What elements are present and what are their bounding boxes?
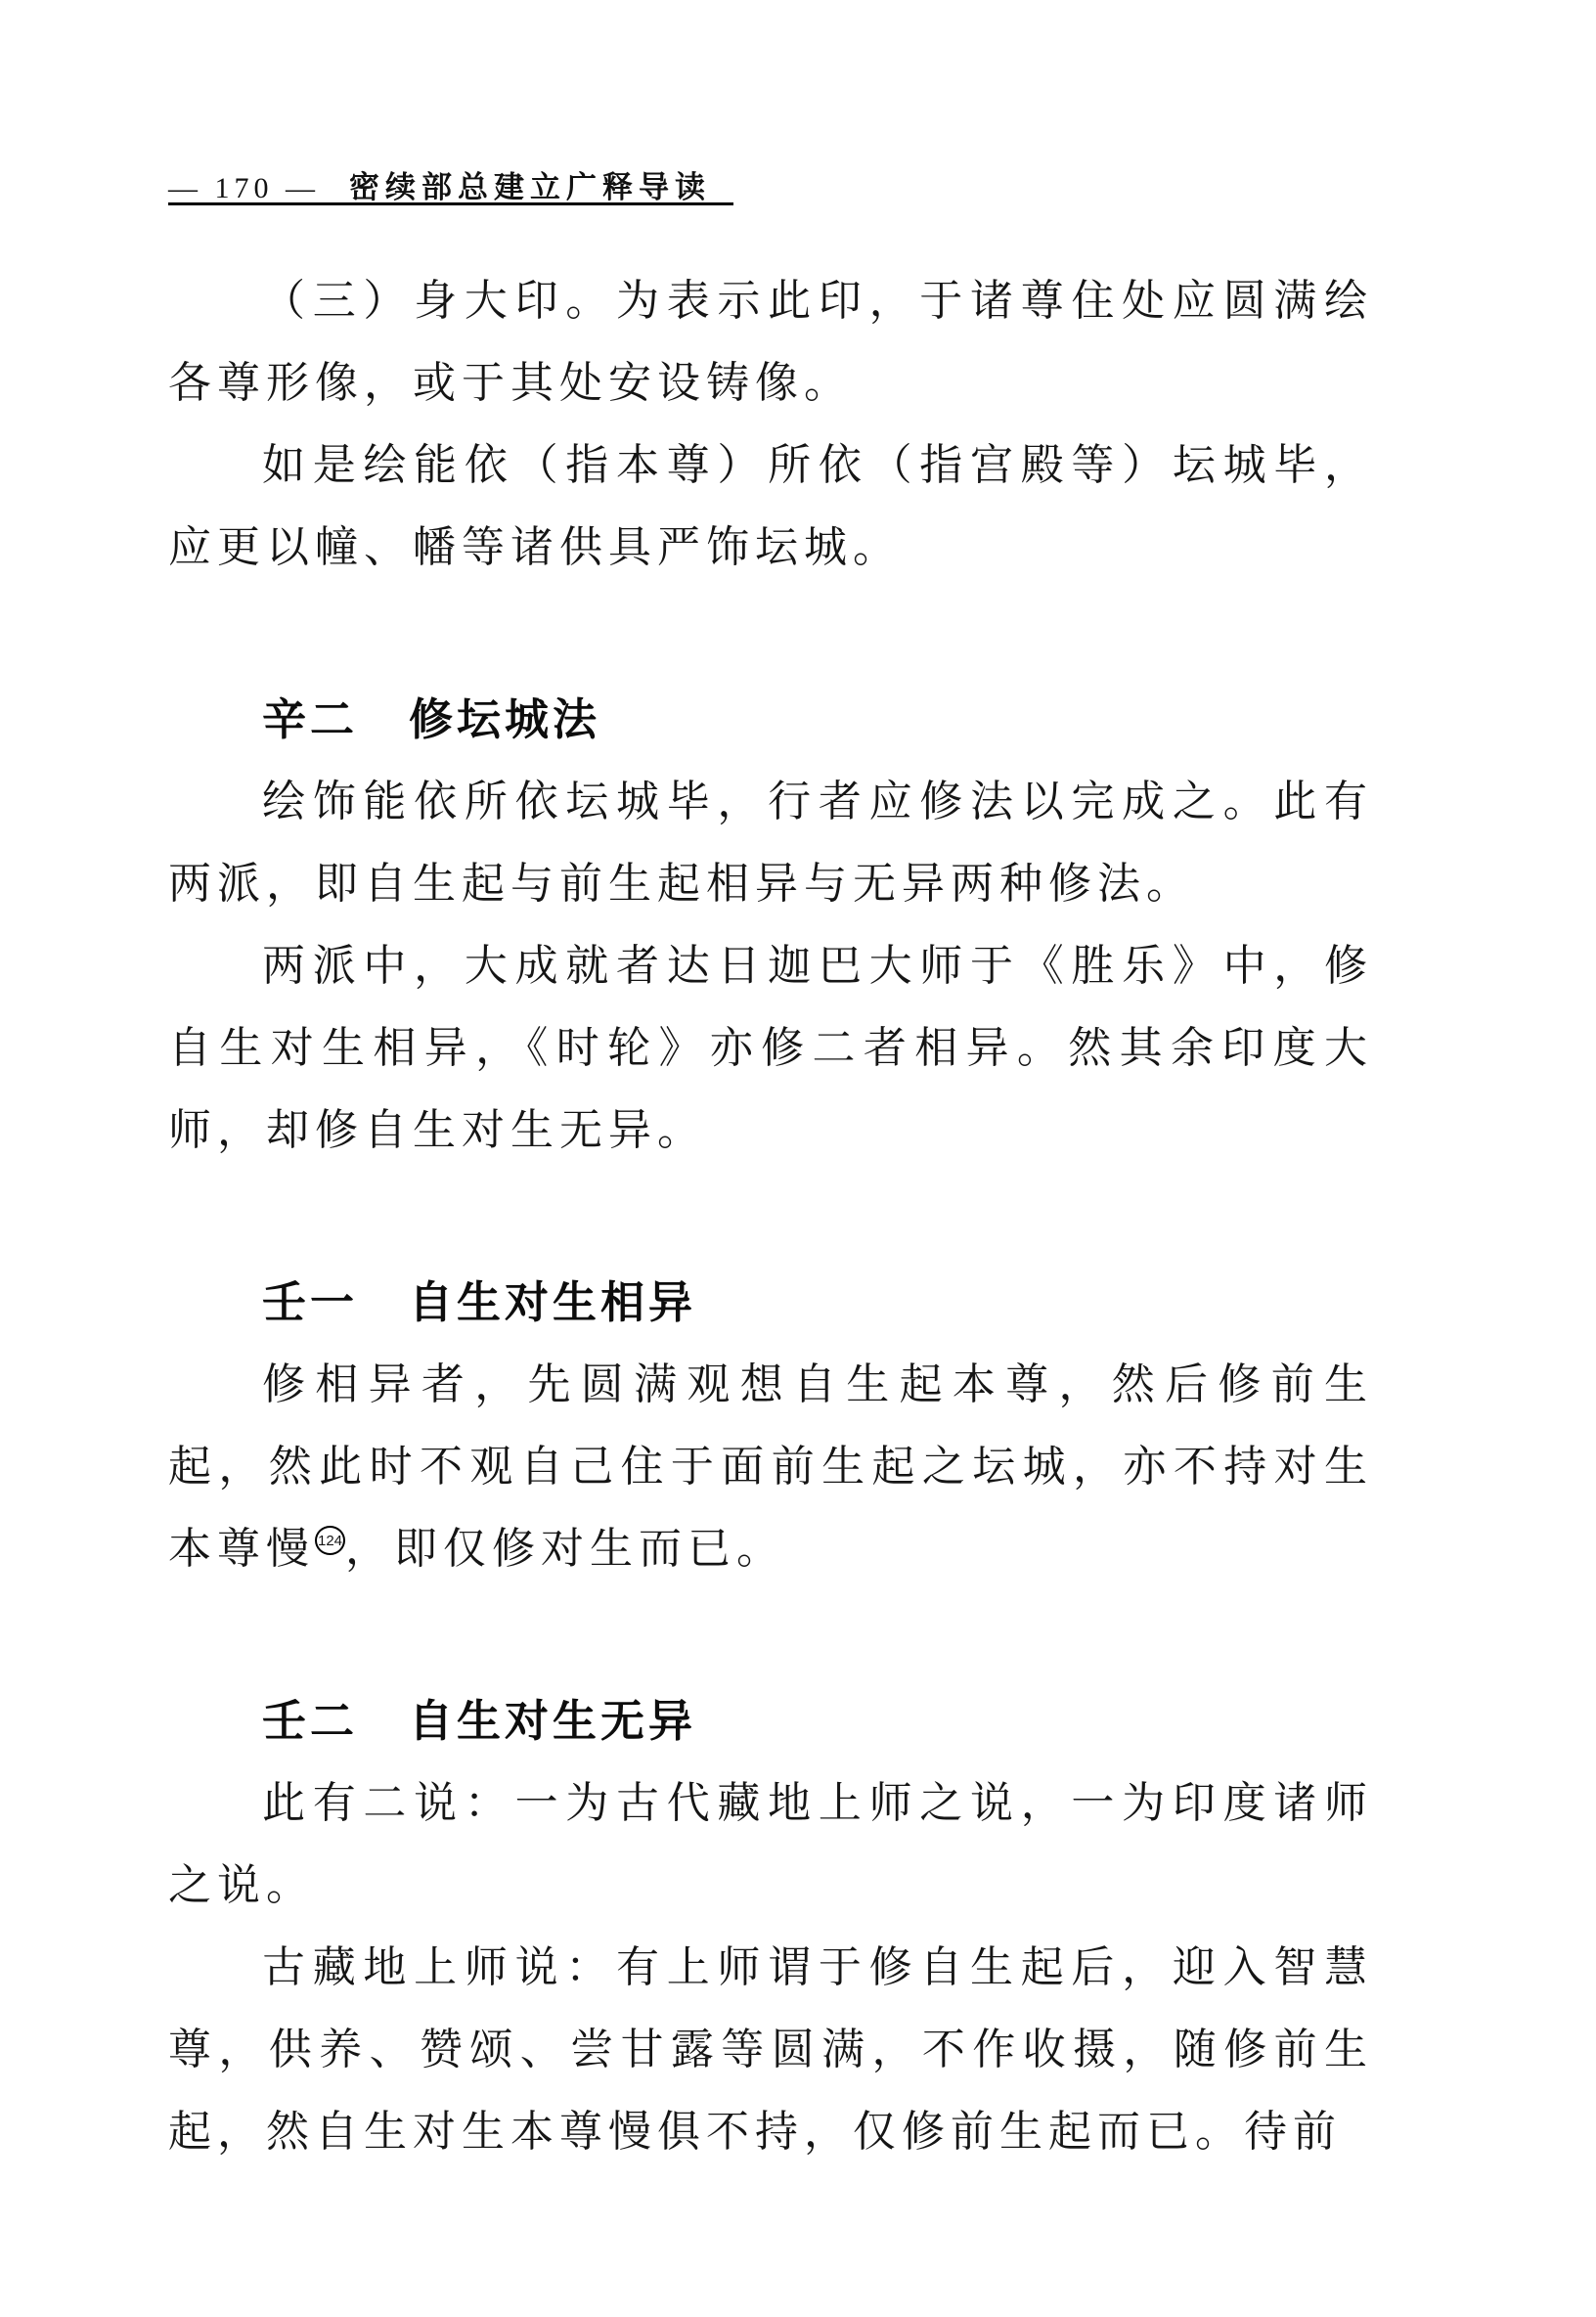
section-heading: 壬一自生对生相异	[168, 1262, 1373, 1344]
paragraph: 两派中，大成就者达日迦巴大师于《胜乐》中，修自生对生相异，《时轮》亦修二者相异。…	[168, 925, 1373, 1172]
section-heading: 壬二自生对生无异	[168, 1680, 1373, 1762]
paragraph: 如是绘能依（指本尊）所依（指宫殿等）坛城毕，应更以幢、幡等诸供具严饰坛城。	[168, 424, 1373, 589]
heading-label: 壬一	[262, 1277, 358, 1327]
paragraph-with-footnote: 修相异者，先圆满观想自生起本尊，然后修前生起，然此时不观自己住于面前生起之坛城，…	[168, 1344, 1373, 1590]
heading-label: 壬二	[262, 1696, 358, 1746]
paragraph-text: ，即仅修对生而已。	[345, 1525, 785, 1573]
running-header: — 170 — 密续部总建立广释导读	[168, 162, 711, 206]
header-rule	[168, 202, 733, 205]
paragraph: 此有二说：一为古代藏地上师之说，一为印度诸师之说。	[168, 1762, 1373, 1927]
heading-title: 自生对生无异	[409, 1696, 696, 1746]
section-heading: 辛二修坛城法	[168, 679, 1373, 761]
paragraph: （三）身大印。为表示此印，于诸尊住处应圆满绘各尊形像，或于其处安设铸像。	[168, 260, 1373, 424]
page-number: — 170 —	[168, 172, 320, 205]
paragraph: 古藏地上师说：有上师谓于修自生起后，迎入智慧尊，供养、赞颂、尝甘露等圆满，不作收…	[168, 1927, 1373, 2173]
book-title: 密续部总建立广释导读	[349, 162, 711, 206]
footnote-marker: 124	[315, 1526, 345, 1555]
body-text: （三）身大印。为表示此印，于诸尊住处应圆满绘各尊形像，或于其处安设铸像。 如是绘…	[168, 260, 1373, 2173]
paragraph: 绘饰能依所依坛城毕，行者应修法以完成之。此有两派，即自生起与前生起相异与无异两种…	[168, 761, 1373, 925]
book-page: — 170 — 密续部总建立广释导读 （三）身大印。为表示此印，于诸尊住处应圆满…	[0, 0, 1596, 2317]
heading-title: 自生对生相异	[409, 1277, 696, 1327]
heading-label: 辛二	[262, 694, 358, 744]
heading-title: 修坛城法	[409, 694, 600, 744]
